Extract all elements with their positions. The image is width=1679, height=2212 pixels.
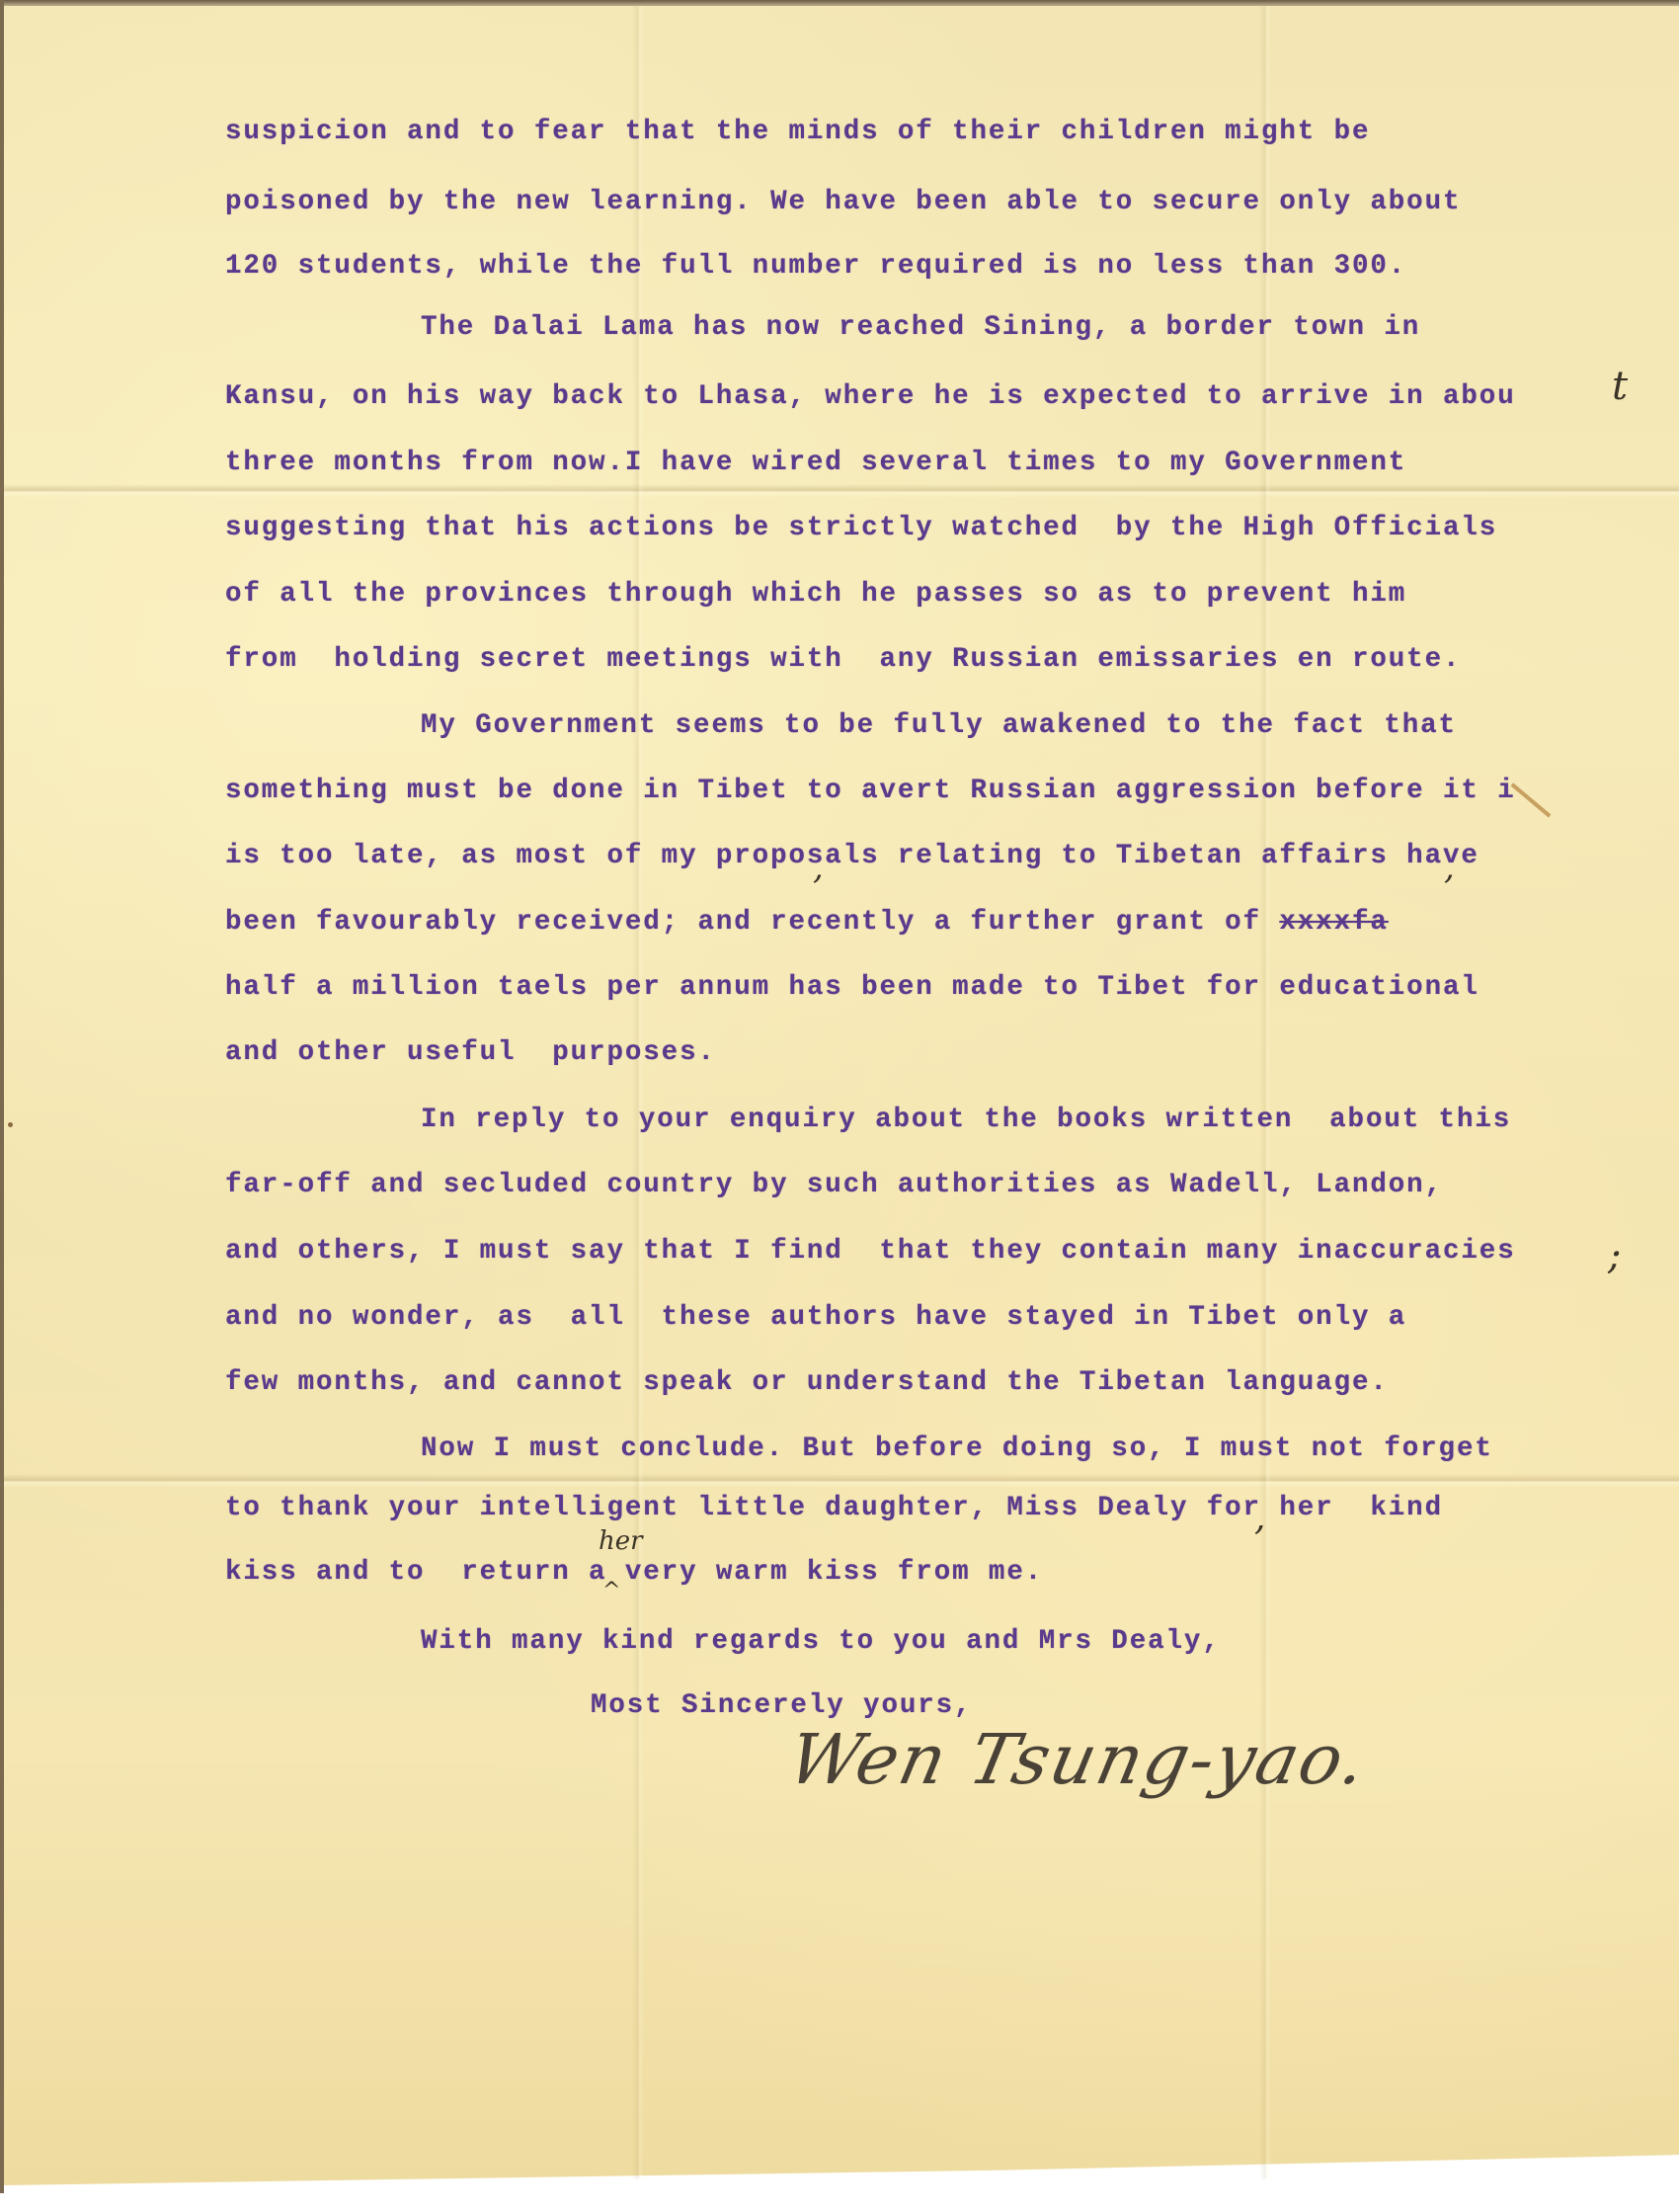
handwritten-comma: , xyxy=(1254,1498,1265,1538)
letter-line: few months, and cannot speak or understa… xyxy=(225,1366,1389,1400)
letter-line: My Government seems to be fully awakened… xyxy=(421,709,1457,743)
scan-top-edge xyxy=(0,0,1679,7)
handwritten-letter-t: t xyxy=(1612,364,1628,409)
letter-line: been favourably received; and recently a… xyxy=(225,906,1389,940)
closing-regards: With many kind regards to you and Mrs De… xyxy=(421,1625,1221,1659)
handwritten-semicolon: ; xyxy=(1608,1233,1621,1278)
letter-line: half a million taels per annum has been … xyxy=(225,971,1479,1005)
letter-line: suspicion and to fear that the minds of … xyxy=(225,116,1370,149)
letter-line: The Dalai Lama has now reached Sining, a… xyxy=(421,311,1420,345)
letter-line: suggesting that his actions be strictly … xyxy=(225,512,1497,545)
letter-line: Now I must conclude. But before doing so… xyxy=(421,1433,1493,1466)
paper-fold-horizontal xyxy=(4,1474,1679,1488)
handwritten-insertion-her: her xyxy=(599,1526,643,1556)
scan-left-edge xyxy=(0,0,4,2193)
handwritten-comma: , xyxy=(813,848,824,887)
letter-line: is too late, as most of my proposals rel… xyxy=(225,840,1479,873)
typed-text: been favourably received; and recently a… xyxy=(225,907,1279,938)
struck-out-text: xxxxfa xyxy=(1279,907,1388,938)
sign-off: Most Sincerely yours, xyxy=(591,1689,972,1723)
letter-line: 120 students, while the full number requ… xyxy=(225,250,1406,284)
letter-line: and no wonder, as all these authors have… xyxy=(225,1301,1406,1335)
letter-line: far-off and secluded country by such aut… xyxy=(225,1169,1443,1202)
paper-fold-horizontal xyxy=(4,484,1679,498)
letter-line: something must be done in Tibet to avert… xyxy=(225,775,1516,808)
letter-line: In reply to your enquiry about the books… xyxy=(421,1104,1511,1137)
letter-line: of all the provinces through which he pa… xyxy=(225,578,1406,612)
letter-line: three months from now.I have wired sever… xyxy=(225,447,1406,480)
handwritten-caret: ^ xyxy=(602,1579,620,1603)
letter-line: Kansu, on his way back to Lhasa, where h… xyxy=(225,380,1516,414)
letter-line: kiss and to return a very warm kiss from… xyxy=(225,1556,1043,1590)
letter-line: poisoned by the new learning. We have be… xyxy=(225,186,1461,219)
letter-line: and other useful purposes. xyxy=(225,1036,716,1070)
paper-blemish xyxy=(8,1122,13,1127)
handwritten-signature: Wen Tsung-yao. xyxy=(781,1719,1375,1800)
letter-line: from holding secret meetings with any Ru… xyxy=(225,643,1461,677)
letter-line: and others, I must say that I find that … xyxy=(225,1235,1516,1269)
handwritten-comma: , xyxy=(1444,848,1455,887)
